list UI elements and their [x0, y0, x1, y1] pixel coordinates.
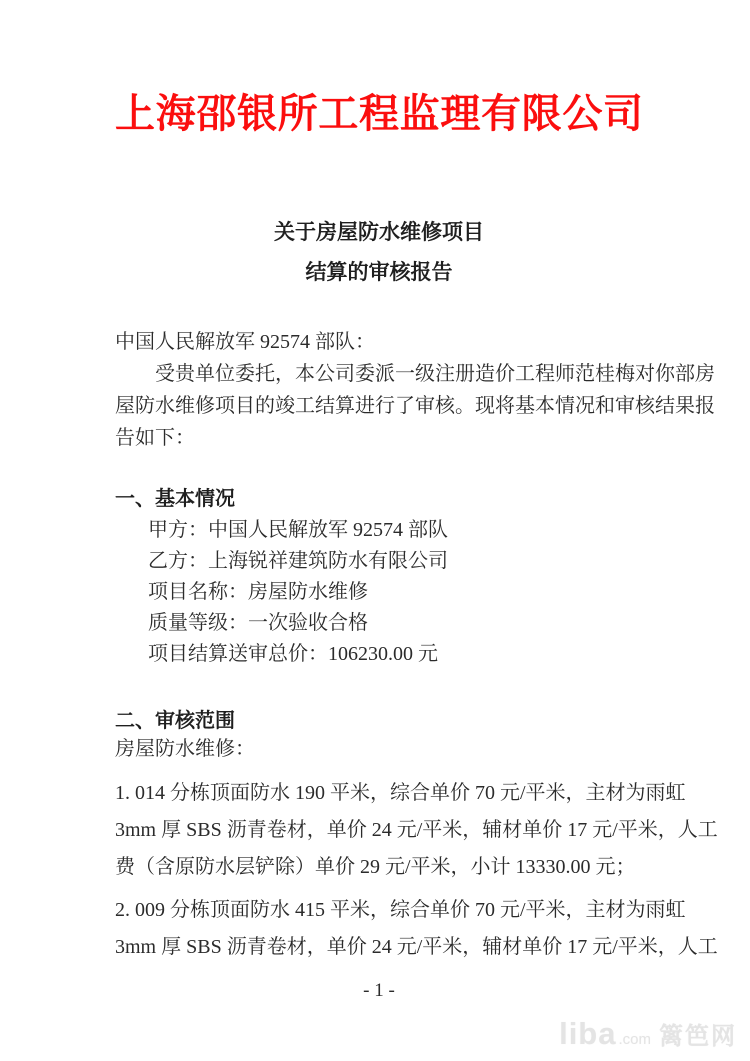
section-scope-heading: 二、审核范围: [115, 706, 643, 737]
scope-item-1: 1. 014 分栋顶面防水 190 平米，综合单价 70 元/平米，主材为雨虹 …: [115, 775, 643, 886]
salutation-line: 中国人民解放军 92574 部队：: [115, 326, 643, 358]
watermark-tld: .com: [618, 1031, 651, 1048]
opening-paragraph: 中国人民解放军 92574 部队： 受贵单位委托，本公司委派一级注册造价工程师范…: [115, 326, 643, 454]
section-basic-heading: 一、基本情况: [115, 484, 643, 515]
intro-line: 屋防水维修项目的竣工结算进行了审核。现将基本情况和审核结果报: [115, 390, 643, 422]
scope-item-line: 2. 009 分栋顶面防水 415 平米，综合单价 70 元/平米，主材为雨虹: [115, 892, 643, 929]
basic-info-row-submitted-total: 项目结算送审总价：106230.00 元: [115, 639, 643, 670]
section-basic-info: 一、基本情况 甲方：中国人民解放军 92574 部队 乙方：上海锐祥建筑防水有限…: [115, 484, 643, 670]
scope-item-line: 3mm 厚 SBS 沥青卷材，单价 24 元/平米，辅材单价 17 元/平米，人…: [115, 929, 643, 966]
site-watermark: liba .com 篱笆网: [559, 1016, 737, 1052]
document-page: 上海邵银所工程监理有限公司 关于房屋防水维修项目 结算的审核报告 中国人民解放军…: [0, 0, 750, 1061]
letterhead-company-name: 上海邵银所工程监理有限公司: [115, 88, 643, 140]
basic-info-row-party-a: 甲方：中国人民解放军 92574 部队: [115, 515, 643, 546]
basic-info-row-quality-grade: 质量等级：一次验收合格: [115, 608, 643, 639]
scope-subheading: 房屋防水维修：: [115, 734, 643, 765]
scope-item-line: 3mm 厚 SBS 沥青卷材，单价 24 元/平米，辅材单价 17 元/平米，人…: [115, 812, 643, 849]
scope-item-line: 费（含原防水层铲除）单价 29 元/平米，小计 13330.00 元；: [115, 849, 643, 886]
doc-title: 关于房屋防水维修项目 结算的审核报告: [115, 212, 643, 292]
watermark-logo: liba: [559, 1016, 616, 1052]
doc-title-line1: 关于房屋防水维修项目: [115, 212, 643, 252]
intro-line: 受贵单位委托，本公司委派一级注册造价工程师范桂梅对你部房: [115, 358, 643, 390]
page-number: - 1 -: [115, 976, 643, 1006]
doc-title-line2: 结算的审核报告: [115, 252, 643, 292]
scope-item-line: 1. 014 分栋顶面防水 190 平米，综合单价 70 元/平米，主材为雨虹: [115, 775, 643, 812]
basic-info-row-project-name: 项目名称：房屋防水维修: [115, 577, 643, 608]
watermark-site-name: 篱笆网: [659, 1016, 737, 1051]
basic-info-row-party-b: 乙方：上海锐祥建筑防水有限公司: [115, 546, 643, 577]
scope-item-2: 2. 009 分栋顶面防水 415 平米，综合单价 70 元/平米，主材为雨虹 …: [115, 892, 643, 966]
intro-line: 告如下：: [115, 422, 643, 454]
